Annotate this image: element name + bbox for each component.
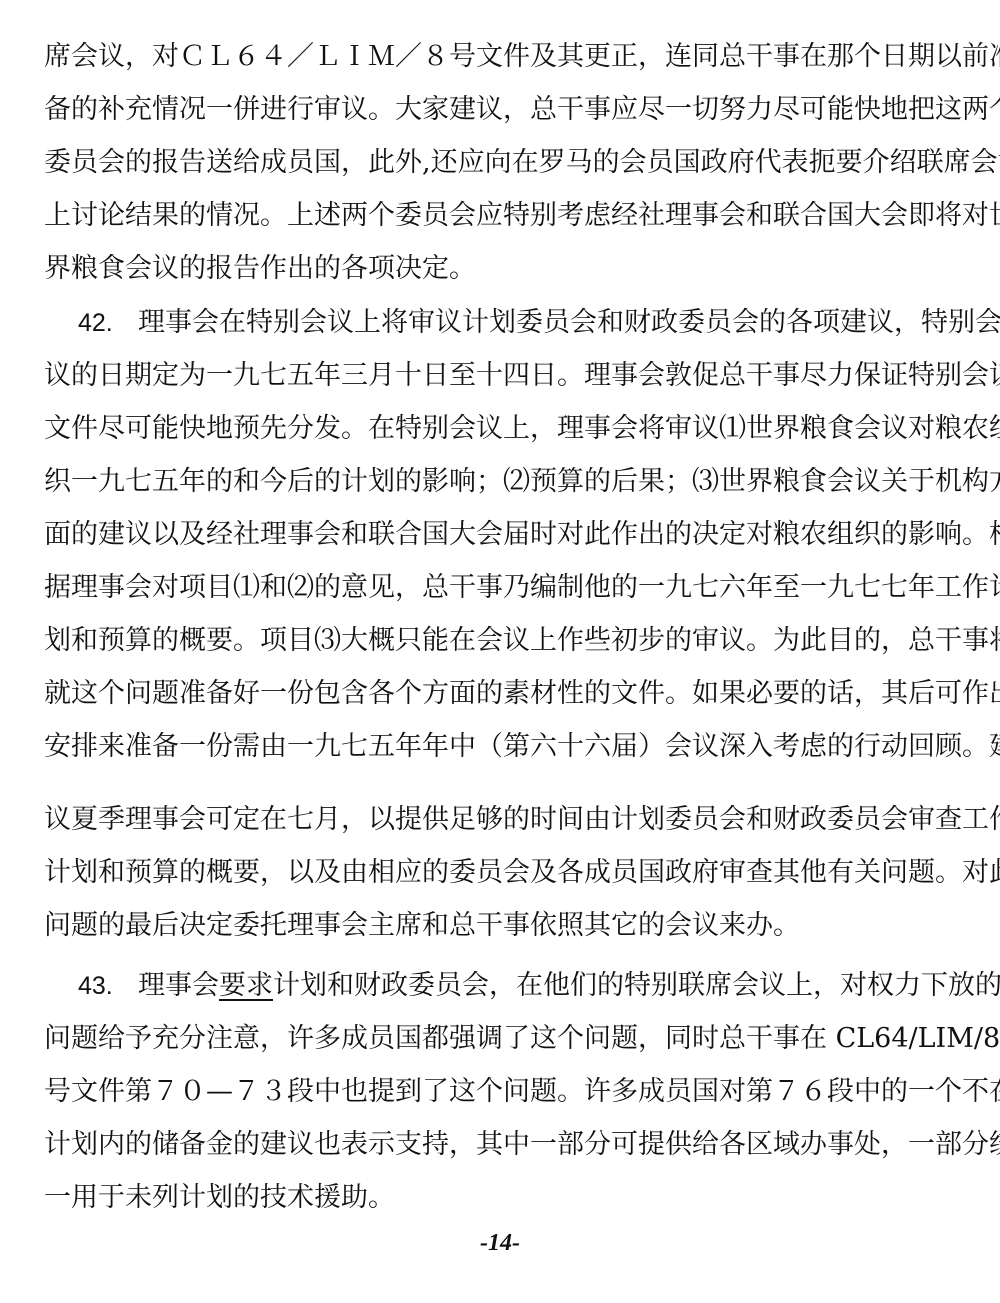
para-42-line-8: 就这个问题准备好一份包含各个方面的素材性的文件。如果必要的话，其后可作出 [44, 674, 956, 714]
para-41-line-5: 界粮食会议的报告作出的各项决定。 [44, 249, 956, 289]
para-43-line-4: 计划内的储备金的建议也表示支持，其中一部分可提供给各区域办事处，一部分统 [44, 1125, 956, 1165]
para-42-line-3: 文件尽可能快地预先分发。在特别会议上，理事会将审议⑴世界粮食会议对粮农组 [44, 409, 956, 449]
para-43-first-line-text-b: 计划和财政委员会，在他们的特别联席会议上，对权力下放的 [273, 970, 1000, 1001]
para-43-underlined-text: 要求 [219, 970, 273, 1001]
para-43-line-2: 问题给予充分注意，许多成员国都强调了这个问题，同时总干事在 CL64/LIM/8 [44, 1019, 956, 1059]
para-42-first-line: 42.理事会在特别会议上将审议计划委员会和财政委员会的各项建议，特别会 [78, 303, 956, 343]
para-43-number: 43. [78, 966, 138, 1006]
para-41-line-4: 上讨论结果的情况。上述两个委员会应特别考虑经社理事会和联合国大会即将对世 [44, 196, 956, 236]
page-number: -14- [0, 1230, 1000, 1257]
para-42-line-9: 安排来准备一份需由一九七五年年中（第六十六届）会议深入考虑的行动回顾。建 [44, 727, 956, 767]
para-42-line-6: 据理事会对项目⑴和⑵的意见，总干事乃编制他的一九七六年至一九七七年工作计 [44, 568, 956, 608]
document-page: 席会议，对ＣＬ６４／ＬＩＭ／８号文件及其更正，连同总干事在那个日期以前准 备的补… [0, 0, 1000, 1303]
para-42-line-11: 计划和预算的概要，以及由相应的委员会及各成员国政府审查其他有关问题。对此 [44, 853, 956, 893]
para-42-line-12: 问题的最后决定委托理事会主席和总干事依照其它的会议来办。 [44, 906, 956, 946]
para-43-line-3: 号文件第７０—７３段中也提到了这个问题。许多成员国对第７６段中的一个不在 [44, 1072, 956, 1112]
para-42-number: 42. [78, 303, 138, 343]
para-42-line-5: 面的建议以及经社理事会和联合国大会届时对此作出的决定对粮农组织的影响。根 [44, 515, 956, 555]
para-43-line-5: 一用于未列计划的技术援助。 [44, 1178, 956, 1218]
para-41-line-1: 席会议，对ＣＬ６４／ＬＩＭ／８号文件及其更正，连同总干事在那个日期以前准 [44, 37, 956, 77]
para-41-line-3: 委员会的报告送给成员国，此外,还应向在罗马的会员国政府代表扼要介绍联席会议 [44, 143, 956, 183]
para-43-first-line: 43.理事会要求计划和财政委员会，在他们的特别联席会议上，对权力下放的 [78, 966, 956, 1006]
para-42-line-7: 划和预算的概要。项目⑶大概只能在会议上作些初步的审议。为此目的，总干事将 [44, 621, 956, 661]
para-42-line-2: 议的日期定为一九七五年三月十日至十四日。理事会敦促总干事尽力保证特别会议 [44, 356, 956, 396]
para-42-line-4: 织一九七五年的和今后的计划的影响；⑵预算的后果；⑶世界粮食会议关于机构方 [44, 462, 956, 502]
para-43-first-line-text-a: 理事会 [138, 970, 219, 1001]
para-42-first-line-text: 理事会在特别会议上将审议计划委员会和财政委员会的各项建议，特别会 [138, 307, 1000, 338]
para-42-line-10: 议夏季理事会可定在七月，以提供足够的时间由计划委员会和财政委员会审查工作 [44, 800, 956, 840]
para-41-line-2: 备的补充情况一併进行审议。大家建议，总干事应尽一切努力尽可能快地把这两个 [44, 90, 956, 130]
